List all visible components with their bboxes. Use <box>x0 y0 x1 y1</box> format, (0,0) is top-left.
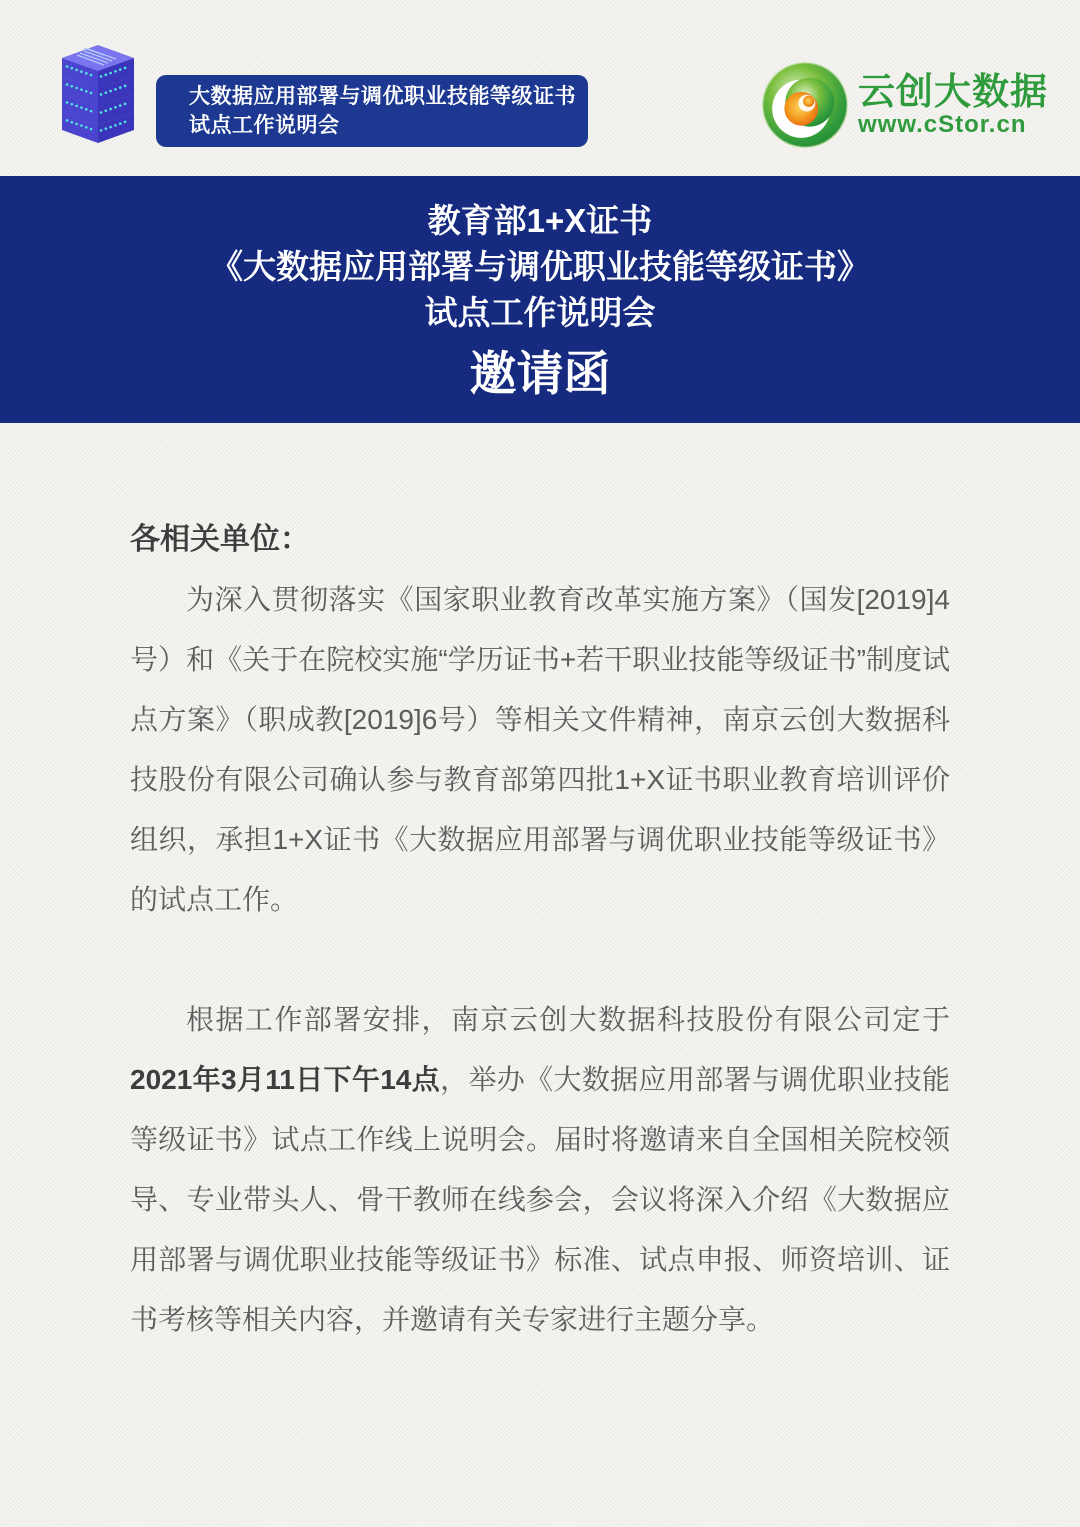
paragraph-2-pre: 根据工作部署安排，南京云创大数据科技股份有限公司定于 <box>186 1004 950 1035</box>
salutation: 各相关单位： <box>130 522 950 558</box>
logo-company-name: 云创大数据 <box>858 72 1048 112</box>
paragraph-1: 为深入贯彻落实《国家职业教育改革实施方案》（国发[2019]4号）和《关于在院校… <box>130 570 950 930</box>
event-datetime: 2021年3月11日下午14点 <box>130 1064 440 1095</box>
header: 大数据应用部署与调优职业技能等级证书 试点工作说明会 <box>0 0 1080 176</box>
invitation-page: 大数据应用部署与调优职业技能等级证书 试点工作说明会 <box>0 0 1080 1527</box>
event-badge-line2: 试点工作说明会 <box>189 111 588 140</box>
logo-website-url: www.cStor.cn <box>858 112 1048 138</box>
server-stack-icon <box>54 42 142 146</box>
banner-line-2: 《大数据应用部署与调优职业技能等级证书》 <box>0 244 1080 290</box>
letter-body: 各相关单位： 为深入贯彻落实《国家职业教育改革实施方案》（国发[2019]4号）… <box>130 522 950 1350</box>
event-badge-line1: 大数据应用部署与调优职业技能等级证书 <box>189 82 588 111</box>
cstor-logo: 云创大数据 www.cStor.cn <box>760 60 1048 150</box>
banner-line-3: 试点工作说明会 <box>0 290 1080 336</box>
cstor-logo-text: 云创大数据 www.cStor.cn <box>858 72 1048 138</box>
paragraph-2-post: ，举办《大数据应用部署与调优职业技能等级证书》试点工作线上说明会。届时将邀请来自… <box>130 1064 950 1335</box>
paragraph-2: 根据工作部署安排，南京云创大数据科技股份有限公司定于2021年3月11日下午14… <box>130 990 950 1350</box>
invitation-title: 邀请函 <box>0 348 1080 400</box>
invite-banner: 教育部1+X证书 《大数据应用部署与调优职业技能等级证书》 试点工作说明会 邀请… <box>0 176 1080 423</box>
banner-subtitle-block: 教育部1+X证书 《大数据应用部署与调优职业技能等级证书》 试点工作说明会 <box>0 176 1080 336</box>
banner-line-1: 教育部1+X证书 <box>0 198 1080 244</box>
event-badge: 大数据应用部署与调优职业技能等级证书 试点工作说明会 <box>156 75 588 147</box>
cstor-logo-icon <box>760 60 850 150</box>
